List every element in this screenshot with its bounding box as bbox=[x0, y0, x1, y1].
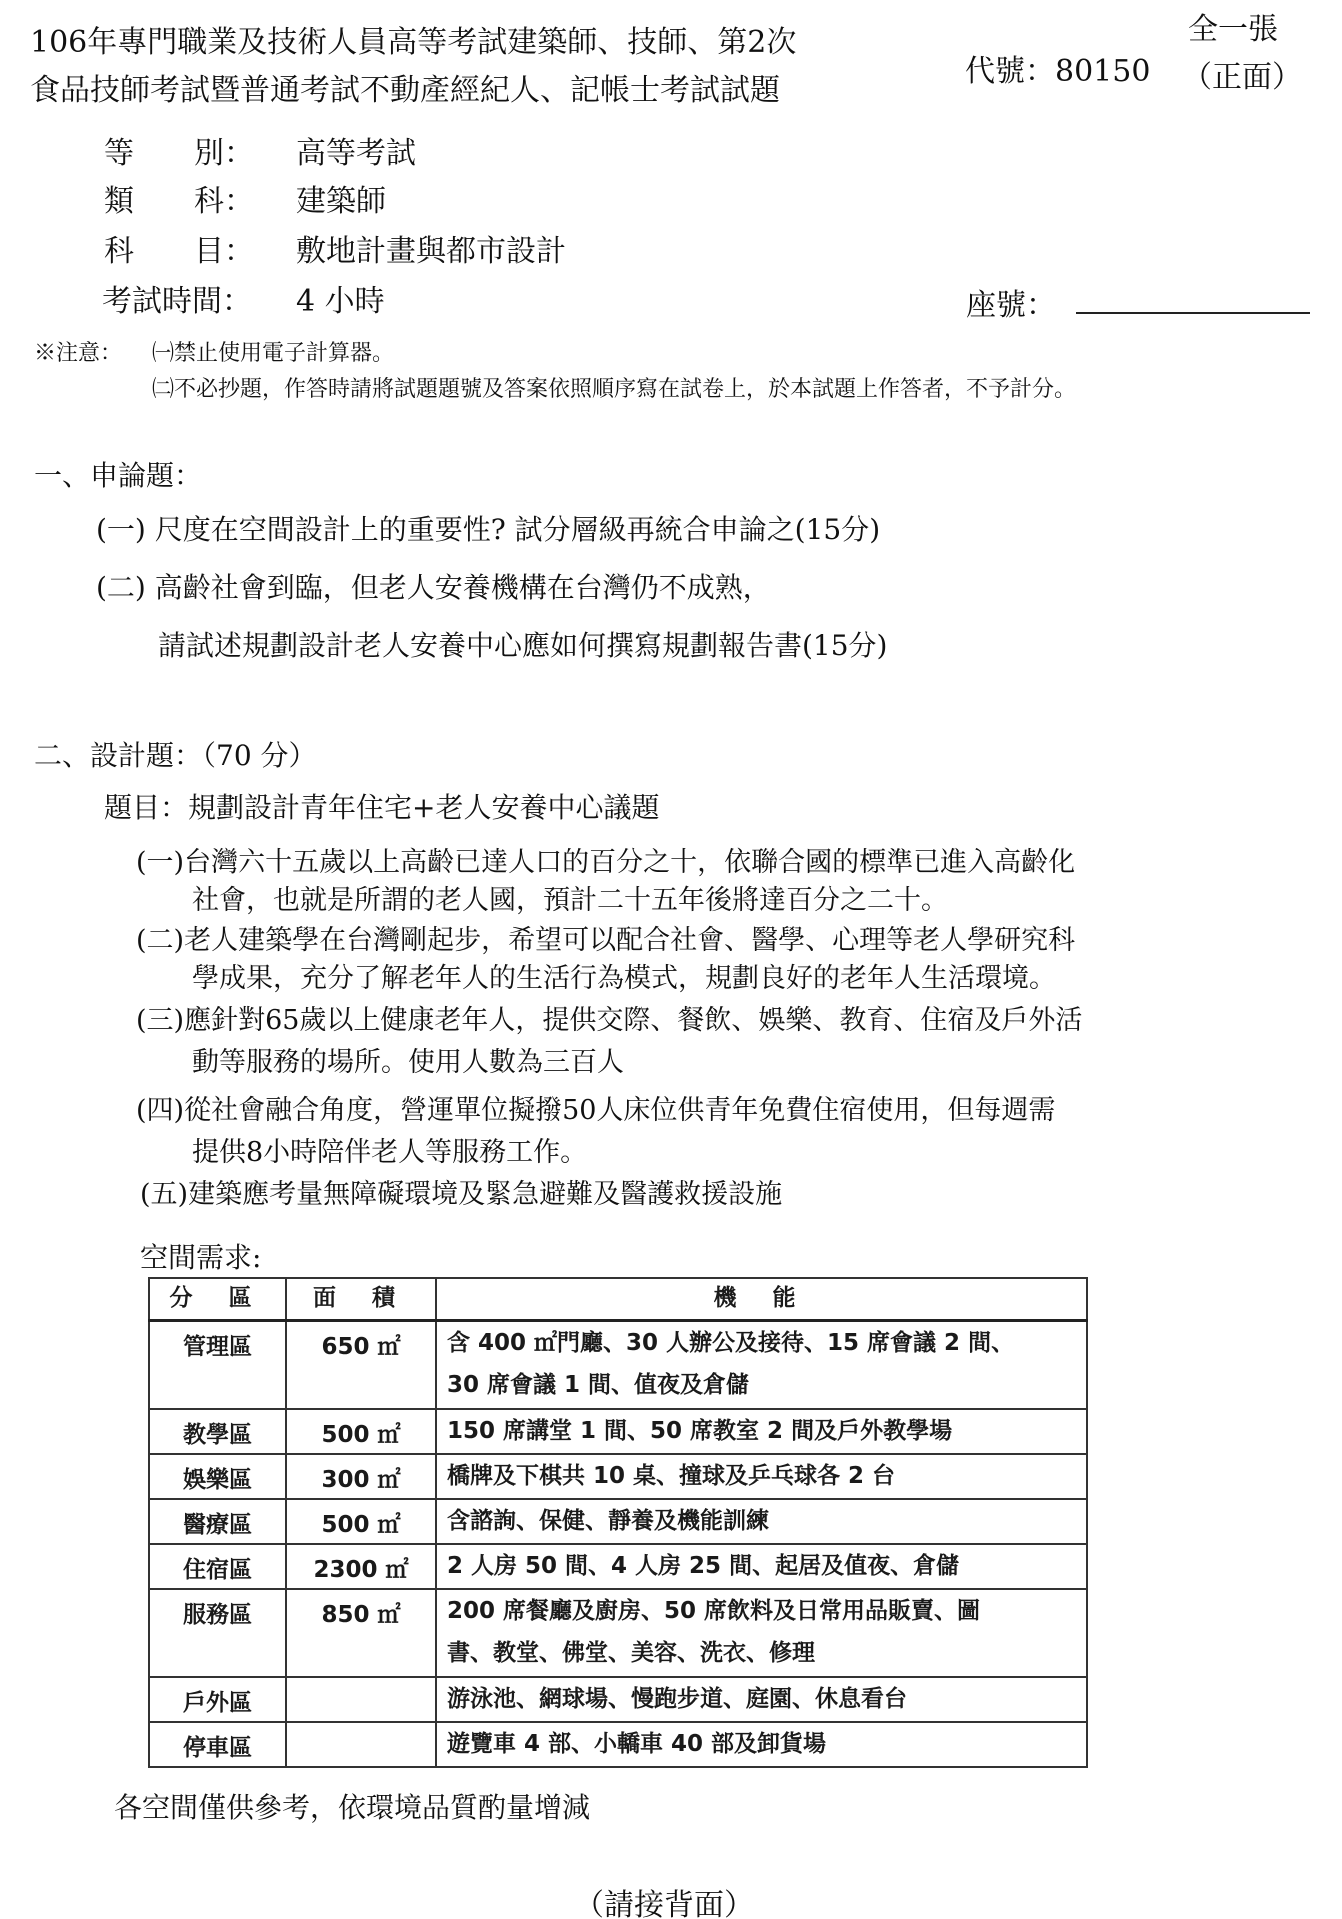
function-line: 30 席會議 1 間、值夜及倉儲 bbox=[447, 1364, 1076, 1406]
zone-cell: 教學區 bbox=[149, 1409, 286, 1454]
area-cell: 500 ㎡ bbox=[286, 1499, 436, 1544]
subject-value: 敷地計畫與都市設計 bbox=[296, 226, 566, 270]
function-line: 含 400 ㎡門廳、30 人辦公及接待、15 席會議 2 間、 bbox=[447, 1322, 1076, 1364]
seat-number-blank bbox=[1076, 312, 1310, 314]
area-cell: 850 ㎡ bbox=[286, 1589, 436, 1677]
zone-cell: 娛樂區 bbox=[149, 1454, 286, 1499]
design-item-3-line1: (三)應針對65歲以上健康老年人，提供交際、餐飲、娛樂、教育、住宿及戶外活 bbox=[136, 998, 1082, 1037]
section1-heading: 一、申論題： bbox=[34, 454, 202, 494]
table-row: 管理區 650 ㎡ 含 400 ㎡門廳、30 人辦公及接待、15 席會議 2 間… bbox=[149, 1321, 1087, 1410]
notes-prefix: ※注意： bbox=[34, 336, 122, 367]
design-topic: 題目：規劃設計青年住宅+老人安養中心議題 bbox=[104, 786, 659, 826]
function-cell: 遊覽車 4 部、小轎車 40 部及卸貨場 bbox=[436, 1722, 1087, 1767]
sheet-label: 全一張 bbox=[1188, 4, 1278, 48]
exam-title-line1: 106年專門職業及技術人員高等考試建築師、技師、第2次 bbox=[30, 28, 796, 58]
table-row: 服務區 850 ㎡ 200 席餐廳及廚房、50 席飲料及日常用品販賣、圖書、教堂… bbox=[149, 1589, 1087, 1677]
function-line: 含諮詢、保健、靜養及機能訓練 bbox=[447, 1500, 1076, 1542]
page-turn-note: （請接背面） bbox=[574, 1880, 754, 1919]
seat-label: 座號： bbox=[966, 280, 1056, 324]
area-cell bbox=[286, 1722, 436, 1767]
subject-label: 科 目： bbox=[104, 226, 254, 270]
category-label: 類 科： bbox=[104, 176, 254, 220]
area-cell bbox=[286, 1677, 436, 1722]
table-footnote: 各空間僅供參考，依環境品質酌量增減 bbox=[114, 1786, 590, 1826]
column-header-function: 機 能 bbox=[436, 1278, 1087, 1321]
design-item-4-line1: (四)從社會融合角度，營運單位擬撥50人床位供青年免費住宿使用，但每週需 bbox=[136, 1088, 1055, 1127]
table-header-row: 分 區 面 積 機 能 bbox=[149, 1278, 1087, 1321]
design-item-1-line1: (一)台灣六十五歲以上高齡已達人口的百分之十，依聯合國的標準已進入高齡化 bbox=[136, 840, 1075, 879]
function-cell: 2 人房 50 間、4 人房 25 間、起居及值夜、倉儲 bbox=[436, 1544, 1087, 1589]
section1-question-2-line2: 請試述規劃設計老人安養中心應如何撰寫規劃報告書(15分) bbox=[158, 624, 887, 664]
function-cell: 游泳池、網球場、慢跑步道、庭園、休息看台 bbox=[436, 1677, 1087, 1722]
function-line: 150 席講堂 1 間、50 席教室 2 間及戶外教學場 bbox=[447, 1410, 1076, 1452]
function-cell: 150 席講堂 1 間、50 席教室 2 間及戶外教學場 bbox=[436, 1409, 1087, 1454]
section1-question-2-line1: (二) 高齡社會到臨，但老人安養機構在台灣仍不成熟， bbox=[96, 566, 771, 606]
table-row: 教學區 500 ㎡ 150 席講堂 1 間、50 席教室 2 間及戶外教學場 bbox=[149, 1409, 1087, 1454]
space-requirements-label: 空間需求: bbox=[140, 1236, 261, 1276]
table-row: 戶外區 游泳池、網球場、慢跑步道、庭園、休息看台 bbox=[149, 1677, 1087, 1722]
design-item-3-line2: 動等服務的場所。使用人數為三百人 bbox=[192, 1040, 624, 1079]
zone-cell: 醫療區 bbox=[149, 1499, 286, 1544]
level-value: 高等考試 bbox=[296, 128, 416, 172]
time-label: 考試時間： bbox=[102, 276, 252, 320]
exam-title-line2: 食品技師考試暨普通考試不動產經紀人、記帳士考試試題 bbox=[30, 76, 780, 106]
function-line: 遊覽車 4 部、小轎車 40 部及卸貨場 bbox=[447, 1723, 1076, 1765]
function-line: 游泳池、網球場、慢跑步道、庭園、休息看台 bbox=[447, 1678, 1076, 1720]
note-item-2: ㈡不必抄題，作答時請將試題題號及答案依照順序寫在試卷上，於本試題上作答者，不予計… bbox=[152, 372, 1076, 403]
function-cell: 200 席餐廳及廚房、50 席飲料及日常用品販賣、圖書、教堂、佛堂、美容、洗衣、… bbox=[436, 1589, 1087, 1677]
area-cell: 500 ㎡ bbox=[286, 1409, 436, 1454]
note-item-1: ㈠禁止使用電子計算器。 bbox=[152, 336, 394, 367]
zone-cell: 住宿區 bbox=[149, 1544, 286, 1589]
section2-heading: 二、設計題：（70 分） bbox=[34, 734, 317, 774]
zone-cell: 戶外區 bbox=[149, 1677, 286, 1722]
table-row: 醫療區 500 ㎡ 含諮詢、保健、靜養及機能訓練 bbox=[149, 1499, 1087, 1544]
exam-code: 代號：80150 bbox=[965, 46, 1150, 90]
design-item-4-line2: 提供8小時陪伴老人等服務工作。 bbox=[192, 1130, 587, 1169]
side-label: （正面） bbox=[1182, 52, 1302, 96]
area-cell: 650 ㎡ bbox=[286, 1321, 436, 1410]
area-cell: 2300 ㎡ bbox=[286, 1544, 436, 1589]
function-line: 2 人房 50 間、4 人房 25 間、起居及值夜、倉儲 bbox=[447, 1545, 1076, 1587]
function-cell: 含 400 ㎡門廳、30 人辦公及接待、15 席會議 2 間、30 席會議 1 … bbox=[436, 1321, 1087, 1410]
design-item-1-line2: 社會，也就是所謂的老人國，預計二十五年後將達百分之二十。 bbox=[192, 878, 948, 917]
category-value: 建築師 bbox=[296, 176, 386, 220]
function-line: 200 席餐廳及廚房、50 席飲料及日常用品販賣、圖 bbox=[447, 1590, 1076, 1632]
column-header-zone: 分 區 bbox=[149, 1278, 286, 1321]
area-cell: 300 ㎡ bbox=[286, 1454, 436, 1499]
design-item-5-line1: (五)建築應考量無障礙環境及緊急避難及醫護救援設施 bbox=[140, 1172, 782, 1211]
zone-cell: 服務區 bbox=[149, 1589, 286, 1677]
table-row: 娛樂區 300 ㎡ 橋牌及下棋共 10 桌、撞球及乒乓球各 2 台 bbox=[149, 1454, 1087, 1499]
function-cell: 含諮詢、保健、靜養及機能訓練 bbox=[436, 1499, 1087, 1544]
zone-cell: 管理區 bbox=[149, 1321, 286, 1410]
design-item-2-line1: (二)老人建築學在台灣剛起步，希望可以配合社會、醫學、心理等老人學研究科 bbox=[136, 918, 1075, 957]
function-line: 橋牌及下棋共 10 桌、撞球及乒乓球各 2 台 bbox=[447, 1455, 1076, 1497]
table-row: 停車區 遊覽車 4 部、小轎車 40 部及卸貨場 bbox=[149, 1722, 1087, 1767]
time-value: 4 小時 bbox=[296, 276, 385, 320]
table-row: 住宿區 2300 ㎡ 2 人房 50 間、4 人房 25 間、起居及值夜、倉儲 bbox=[149, 1544, 1087, 1589]
space-requirements-table: 分 區 面 積 機 能 管理區 650 ㎡ 含 400 ㎡門廳、30 人辦公及接… bbox=[148, 1277, 1088, 1768]
function-line: 書、教堂、佛堂、美容、洗衣、修理 bbox=[447, 1632, 1076, 1674]
zone-cell: 停車區 bbox=[149, 1722, 286, 1767]
section1-question-1: (一) 尺度在空間設計上的重要性? 試分層級再統合申論之(15分) bbox=[96, 508, 880, 548]
design-item-2-line2: 學成果，充分了解老年人的生活行為模式，規劃良好的老年人生活環境。 bbox=[192, 956, 1056, 995]
column-header-area: 面 積 bbox=[286, 1278, 436, 1321]
function-cell: 橋牌及下棋共 10 桌、撞球及乒乓球各 2 台 bbox=[436, 1454, 1087, 1499]
level-label: 等 別： bbox=[104, 128, 254, 172]
